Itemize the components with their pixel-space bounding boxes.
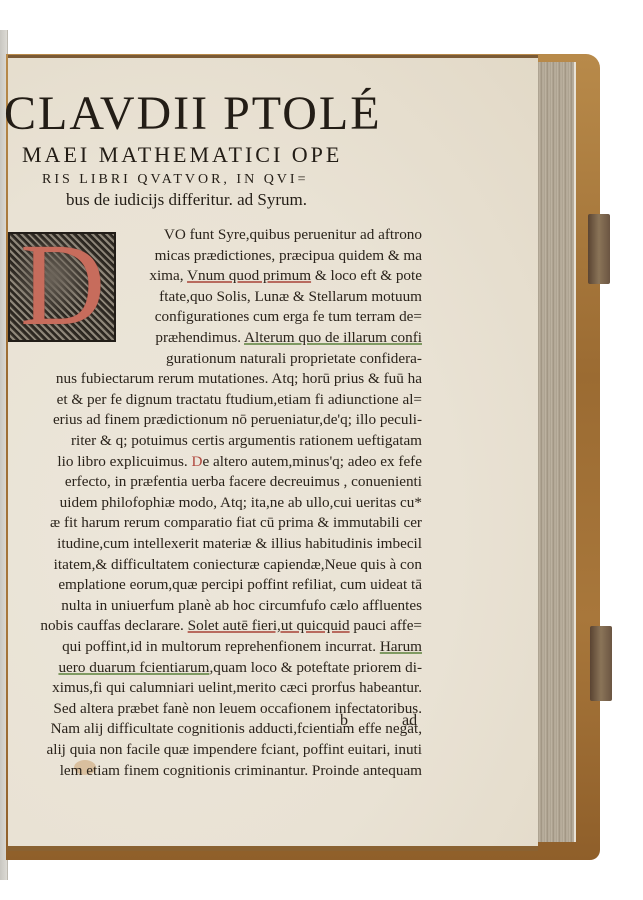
text-segment: emplatione eorum,quæ percipi poffint ref…	[58, 576, 422, 593]
title-line-3: RIS LIBRI QVATVOR, IN QVI=	[42, 172, 422, 188]
text-line: erius ad finem prædictionum nō perueniat…	[0, 409, 422, 430]
text-line: itudine,cum intellexerit materiæ & illiu…	[0, 533, 422, 554]
text-line: præhendimus. Alterum quo de illarum conf…	[118, 327, 422, 348]
text-line: gurationum naturali proprietate confider…	[118, 348, 422, 369]
initial-letter: D	[20, 232, 105, 342]
text-line: uero duarum fcientiarum,quam loco & pote…	[0, 657, 422, 678]
text-line: nus fubiectarum rerum mutationes. Atq; h…	[0, 368, 422, 389]
text-segment: lem etiam finem cognitionis criminantur.…	[60, 762, 422, 779]
text-segment: VO funt Syre,quibus peruenitur ad aftron…	[164, 226, 422, 243]
text-line: æ fit harum rerum comparatio fiat cū pri…	[0, 512, 422, 533]
text-line: ximus,fi qui calumniari uelint,merito cæ…	[0, 677, 422, 698]
binding-tie-bottom	[590, 626, 612, 701]
text-segment: et & per fe dignum tractatu ftudium,etia…	[57, 391, 422, 408]
underlined-text: uero duarum fcientiarum	[58, 659, 209, 676]
text-segment: præhendimus.	[155, 329, 244, 346]
title-line-1: CLAVDII PTOLÉ	[4, 90, 424, 138]
text-line: erfecto, in præfentia uerba facere decre…	[0, 471, 422, 492]
text-segment: riter & q; potuimus certis argumentis ra…	[71, 432, 422, 449]
text-line: ftate,quo Solis, Lunæ & Stellarum motuum	[118, 286, 422, 307]
text-segment: erfecto, in præfentia uerba facere decre…	[65, 473, 422, 490]
text-line: configurationes cum erga fe tum terram d…	[118, 306, 422, 327]
catchword: ad	[402, 712, 417, 730]
text-segment: Sed altera præbet fanè non leuem occafio…	[53, 700, 422, 717]
text-line: Nam alij difficultate cognitionis adduct…	[0, 718, 422, 739]
text-segment: erius ad finem prædictionum nō perueniat…	[53, 411, 422, 428]
text-segment: & loco eft & pote	[311, 267, 422, 284]
text-line: itatem,& difficultatem coniecturæ capien…	[0, 554, 422, 575]
text-segment: itudine,cum intellexerit materiæ & illiu…	[57, 535, 422, 552]
text-line: nulta in uniuerfum planè ab hoc circumfu…	[0, 595, 422, 616]
rubricated-letter: D	[192, 453, 203, 470]
text-segment: xima,	[149, 267, 187, 284]
text-segment: ftate,quo Solis, Lunæ & Stellarum motuum	[159, 288, 422, 305]
underlined-text: Alterum quo de illarum confi	[244, 329, 422, 346]
underlined-text: Solet autē fieri,ut quicquid	[188, 617, 350, 634]
text-line: uidem philofophiæ modo, Atq; ita,ne ab u…	[0, 492, 422, 513]
text-line: lem etiam finem cognitionis criminantur.…	[0, 760, 422, 781]
text-line: lio libro explicuimus. De altero autem,m…	[0, 451, 422, 472]
text-line: nobis cauffas declarare. Solet autē fier…	[0, 615, 422, 636]
text-segment: qui poffint,id in multorum reprehenfione…	[62, 638, 380, 655]
text-segment: micas prædictiones, præcipua quidem & ma	[155, 247, 422, 264]
underlined-text: Harum	[380, 638, 422, 655]
text-segment: nobis cauffas declarare.	[40, 617, 187, 634]
text-segment: nus fubiectarum rerum mutationes. Atq; h…	[56, 370, 422, 387]
text-segment: gurationum naturali proprietate confider…	[166, 350, 422, 367]
text-segment: alij quia non facile quæ impendere fcian…	[47, 741, 423, 758]
title-line-2: MAEI MATHEMATICI OPE	[22, 142, 422, 168]
text-segment: pauci affe=	[350, 617, 422, 634]
text-line: alij quia non facile quæ impendere fcian…	[0, 739, 422, 760]
text-segment: ,quam loco & poteftate priorem di-	[209, 659, 422, 676]
text-line: riter & q; potuimus certis argumentis ra…	[0, 430, 422, 451]
text-segment: itatem,& difficultatem coniecturæ capien…	[54, 556, 422, 573]
text-segment: configurationes cum erga fe tum terram d…	[155, 308, 422, 325]
title-line-4: bus de iudicijs differitur. ad Syrum.	[66, 190, 416, 210]
text-line: xima, Vnum quod primum & loco eft & pote	[118, 265, 422, 286]
binding-tie-top	[588, 214, 610, 284]
text-segment: æ fit harum rerum comparatio fiat cū pri…	[50, 514, 422, 531]
text-line: emplatione eorum,quæ percipi poffint ref…	[0, 574, 422, 595]
text-line: VO funt Syre,quibus peruenitur ad aftron…	[118, 224, 422, 245]
text-line: qui poffint,id in multorum reprehenfione…	[0, 636, 422, 657]
text-segment: nulta in uniuerfum planè ab hoc circumfu…	[61, 597, 422, 614]
text-line: et & per fe dignum tractatu ftudium,etia…	[0, 389, 422, 410]
text-segment: Nam alij difficultate cognitionis adduct…	[51, 720, 422, 737]
text-line: micas prædictiones, præcipua quidem & ma	[118, 245, 422, 266]
woodcut-initial: D	[8, 232, 116, 342]
text-line: Sed altera præbet fanè non leuem occafio…	[0, 698, 422, 719]
underlined-text: Vnum quod primum	[187, 267, 311, 284]
signature-mark: b	[340, 712, 348, 730]
page-edges	[538, 62, 576, 842]
text-segment: ximus,fi qui calumniari uelint,merito cæ…	[52, 679, 422, 696]
text-segment: lio libro explicuimus.	[57, 453, 191, 470]
text-segment: uidem philofophiæ modo, Atq; ita,ne ab u…	[60, 494, 422, 511]
text-segment: e altero autem,minus'q; adeo ex fefe	[203, 453, 423, 470]
